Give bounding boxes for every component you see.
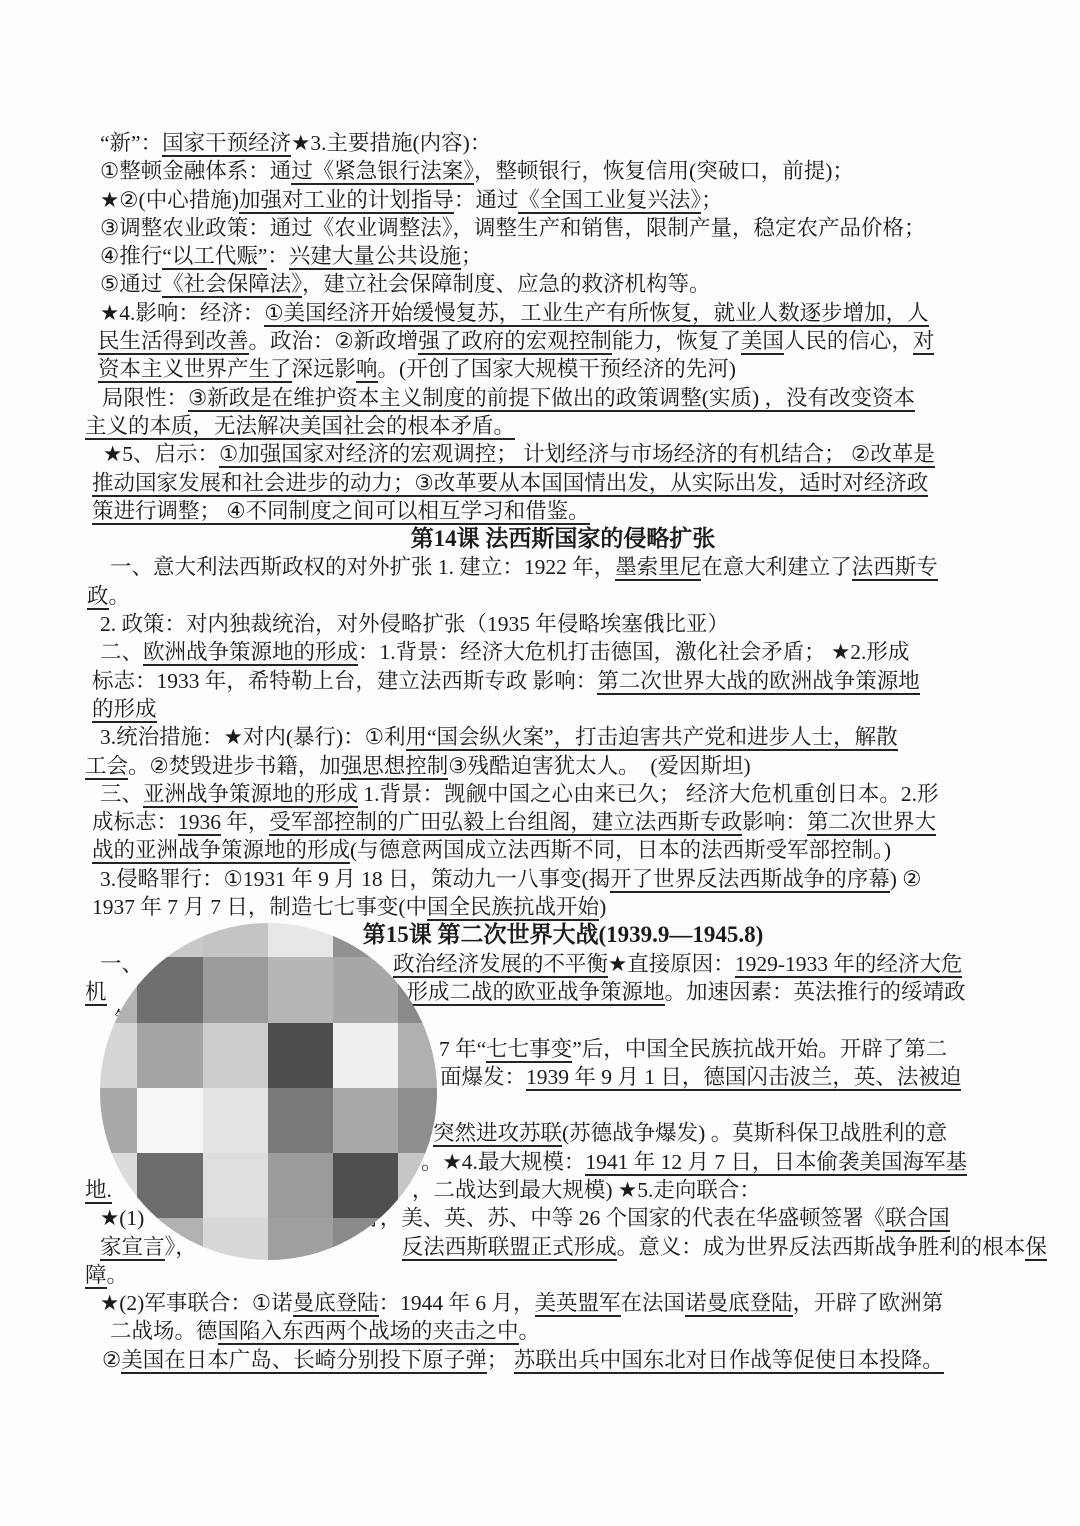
- mosaic-cell: [333, 957, 398, 1022]
- plain-text: 。: [519, 1319, 541, 1343]
- text-line: ④推行“以工代赈”：兴建大量公共设施；: [100, 242, 1042, 270]
- mosaic-cell: [203, 1218, 268, 1260]
- plain-text: 3.侵略罪行：①1931 年 9 月 18 日，策动九一八事变(揭: [100, 867, 610, 891]
- plain-text: ：通过: [454, 188, 519, 212]
- text-line: 二战场。德国陷入东西两个战场的夹击之中。: [110, 1317, 1042, 1345]
- underlined-text: 兴建大量公共设施: [289, 244, 461, 270]
- mosaic-cell: [203, 923, 268, 957]
- mosaic-cell: [137, 1153, 202, 1218]
- underlined-text: 美英盟军: [535, 1291, 621, 1317]
- plain-text: ；: [487, 1348, 514, 1372]
- text-line: 工会。②焚毁进步书籍，加强思想控制③残酷迫害犹太人。 (爱因斯坦): [85, 752, 1042, 780]
- plain-text: ⑤通过: [100, 272, 162, 296]
- underlined-text: 开了世界反法西斯战争的序幕: [610, 867, 890, 893]
- text-line: 民生活得到改善。政治：②新政增强了政府的宏观控制能力，恢复了美国人民的信心，对: [98, 327, 1042, 355]
- mosaic-cell: [333, 1088, 398, 1153]
- underlined-text: 1939 年 9 月 1 日，德国闪击波兰，英、法被迫: [526, 1065, 961, 1091]
- plain-text: 。★4.最大规模：: [421, 1150, 585, 1174]
- plain-text: ★4.影响：经济：: [100, 301, 264, 325]
- plain-text: 二、: [100, 640, 143, 664]
- text-line: ★②(中心措施)加强对工业的计划指导：通过《全国工业复兴法》；: [100, 186, 1042, 214]
- underlined-text: 加强对工业的计划指导: [239, 188, 454, 214]
- text-line: 资本主义世界产生了深远影响。(开创了国家大规模干预经济的先河): [98, 355, 1042, 383]
- text-line: 二、欧洲战争策源地的形成：1.背景：经济大危机打击德国，激化社会矛盾； ★2.形…: [100, 638, 1042, 666]
- mosaic-cell: [398, 923, 437, 957]
- mosaic-cell: [333, 1218, 398, 1260]
- text-line: 1937 年 7 月 7 日，制造七七事变(中国全民族抗战开始): [92, 893, 1042, 921]
- plain-text: 人民的信心，: [784, 329, 913, 353]
- plain-text: ★②(中心措施): [100, 188, 239, 212]
- plain-text: 面爆发：: [440, 1065, 526, 1089]
- plain-text: ；: [461, 244, 483, 268]
- text-line: 标志：1933 年，希特勒上台，建立法西斯专政 影响：第二次世界大战的欧洲战争策…: [92, 667, 1042, 695]
- text-line: ★4.影响：经济：①美国经济开始缓慢复苏，工业生产有所恢复，就业人数逐步增加，人: [100, 299, 1042, 327]
- plain-text: 。政治：②新政增: [249, 329, 419, 353]
- underlined-text: 曼底登陆: [293, 1291, 379, 1317]
- text-line: ①整顿金融体系：通过《紧急银行法案》，整顿银行，恢复信用(突破口，前提)；: [100, 157, 1042, 185]
- plain-text: 。: [109, 584, 131, 608]
- plain-text: 月，美、英、苏、中等 26 个国家的代表在华盛顿签署《: [358, 1206, 885, 1230]
- plain-text: 二战场。德: [110, 1319, 218, 1343]
- underlined-text: 七七事变: [486, 1037, 572, 1063]
- section-heading: 第14课 法西斯国家的侵略扩张: [84, 525, 1042, 553]
- plain-text: ★(2)军事联合：①诺: [100, 1291, 293, 1315]
- plain-text: 2. 政策：对内独裁统治，对外侵略扩张（1935 年侵略埃塞俄比亚）: [100, 612, 729, 636]
- plain-text: 标志：1933 年，希特勒上台，建立法西斯专政 影响：: [92, 669, 597, 693]
- mosaic-cell: [268, 957, 333, 1022]
- underlined-text: 主义的本质，无法解决美国社会的根本矛盾。: [85, 414, 515, 440]
- underlined-text: 民生活得到改善: [98, 329, 249, 355]
- underlined-text: 的形成: [92, 697, 157, 723]
- underlined-text: 亚洲战争策源地的形成: [143, 782, 358, 808]
- plain-text: 三、: [100, 782, 143, 806]
- underlined-text: 国陷入东西两个战场的夹击之中: [218, 1319, 519, 1345]
- plain-text: ①整顿金融体系：通: [100, 159, 291, 183]
- underlined-text: 第二次世界大: [807, 810, 936, 836]
- plain-text: ★5、启示：: [103, 442, 219, 466]
- underlined-text: ③新政是在维护资本主义制度的前提下做出的政策调整(实质) ，没有改变资本: [188, 386, 915, 412]
- mosaic-cell: [203, 1023, 268, 1088]
- text-line: 3.统治措施：★对内(暴行)：①利用“国会纵火案”，打击迫害共产党和进步人士，解…: [100, 723, 1042, 751]
- plain-text: 。: [107, 1263, 129, 1287]
- underlined-text: 响: [356, 357, 378, 383]
- mosaic-cell: [100, 957, 137, 1022]
- mosaic-cell: [100, 1023, 137, 1088]
- text-line: ★(2)军事联合：①诺曼底登陆：1944 年 6 月，美英盟军在法国诺曼底登陆，…: [100, 1289, 1042, 1317]
- underlined-text: 突然进攻苏联: [433, 1121, 562, 1147]
- mosaic-cell: [398, 1023, 437, 1088]
- underlined-text: 资本主义世界产生了: [98, 357, 292, 383]
- underlined-text: 1929-1933 年的经济大危: [735, 952, 963, 978]
- text-line: 推动国家发展和社会进步的动力；③改革要从本国国情出发，从实际出发，适时对经济政: [92, 469, 1042, 497]
- text-line: 政。: [87, 582, 1042, 610]
- underlined-text: 联合国: [885, 1206, 950, 1232]
- mosaic-cell: [333, 1153, 398, 1218]
- plain-text: 年，: [221, 810, 269, 834]
- text-line: ⑤通过《社会保障法》，建立社会保障制度、应急的救济机构等。: [100, 270, 1042, 298]
- underlined-text: 策进行调整； ④不同制度之间可以相互学习和借鉴。: [92, 499, 590, 525]
- text-line: 3.侵略罪行：①1931 年 9 月 18 日，策动九一八事变(揭开了世界反法西…: [100, 865, 1042, 893]
- text-line: ★5、启示：①加强国家对经济的宏观调控； 计划经济与市场经济的有机结合； ②改革…: [103, 440, 1042, 468]
- underlined-text: 第二次世界大战的欧洲战争策源地: [597, 669, 920, 695]
- text-line: 局限性：③新政是在维护资本主义制度的前提下做出的政策调整(实质) ，没有改变资本: [102, 384, 1042, 412]
- plain-text: 。(开创了国家大规模干预经济的先河): [378, 357, 736, 381]
- underlined-text: 诺曼底登陆: [685, 1291, 793, 1317]
- underlined-text: 受军部控制的广田弘毅上台组阁，建立法西斯专政: [269, 810, 742, 836]
- plain-text: ④推行: [100, 244, 162, 268]
- underlined-text: 国家干预经济: [162, 131, 291, 157]
- underlined-text: 1941 年 12 月 7 日，日本偷袭美国海军基: [585, 1150, 967, 1176]
- plain-text: ”后，中国全民族抗战开始。开辟了第二: [572, 1037, 947, 1061]
- underlined-text: 用“国会纵火案”，打击迫害共产党和进步人士，解散: [406, 725, 898, 751]
- text-line: 战的亚洲战争策源地的形成(与德意两国成立法西斯不同，日本的法西斯受军部控制。): [92, 836, 1042, 864]
- mosaic-cell: [100, 1088, 137, 1153]
- underlined-text: 过《紧急银行法案》: [291, 159, 474, 185]
- plain-text: 局限性：: [102, 386, 188, 410]
- underlined-text: 工会: [85, 754, 128, 780]
- mosaic-cell: [137, 1023, 202, 1088]
- text-line: 的形成: [92, 695, 1042, 723]
- mosaic-cell: [333, 923, 398, 957]
- underlined-text: 对: [913, 329, 935, 355]
- mosaic-cell: [268, 1218, 333, 1260]
- plain-text: 影响：: [742, 810, 807, 834]
- underlined-text: 美国在日本广岛、长崎分别投下原子弹: [121, 1348, 487, 1374]
- text-line: 三、亚洲战争策源地的形成 1.背景：觊觎中国之心由来已久； 经济大危机重创日本。…: [100, 780, 1042, 808]
- underlined-text: 法西斯专: [852, 555, 938, 581]
- underlined-text: 政: [87, 584, 109, 610]
- plain-text: ：1.背景：经济大危机打击德国，激化社会矛盾； ★2.形成: [358, 640, 909, 664]
- plain-text: ，整顿银行，恢复信用(突破口，前提)；: [474, 159, 854, 183]
- plain-text: 。②焚毁进步书籍，加: [128, 754, 341, 778]
- underlined-text: 障: [85, 1263, 107, 1289]
- plain-text: ) ②: [890, 867, 922, 891]
- plain-text: 1.背景：觊觎中国之心由来已久； 经济大危机重创日本。2.形: [358, 782, 939, 806]
- plain-text: ③残酷迫害犹太人。 (爱因斯坦): [448, 754, 750, 778]
- text-line: “新”：国家干预经济★3.主要措施(内容)：: [100, 129, 1042, 157]
- plain-text: 在意大利建立了: [701, 555, 852, 579]
- underlined-text: “以工代赈”: [162, 244, 267, 270]
- plain-text: ，建立社会保障制度、应急的救济机构等。: [302, 272, 711, 296]
- plain-text: 7 年“: [439, 1037, 486, 1061]
- underlined-text: 保: [1025, 1235, 1047, 1261]
- text-line: ③调整农业政策：通过《农业调整法》，调整生产和销售，限制产量，稳定农产品价格；: [100, 214, 1042, 242]
- plain-text: “新”：: [100, 131, 162, 155]
- underlined-text: 推动国家发展和社会进步的动力；③改革要从本国国情出发，从实际出发，适时对经济政: [92, 471, 928, 497]
- plain-text: 1937 年 7 月 7 日，制造七七事变(中: [92, 895, 427, 919]
- text-line: 障。: [85, 1261, 1042, 1289]
- plain-text: (与德意两国成立法西斯不同，日本的法西斯受军部控制。): [350, 838, 891, 862]
- underlined-text: 欧洲战争策源地的形成: [143, 640, 358, 666]
- underlined-text: 国全民族抗战开始: [427, 895, 599, 921]
- plain-text: ：: [267, 244, 289, 268]
- plain-text: 一、意大利法西斯政权的对外扩张 1. 建立：1922 年，: [110, 555, 615, 579]
- plain-text: 。意义：成为世界反法西斯战争胜利的根本: [617, 1235, 1026, 1259]
- mosaic-cell: [100, 923, 137, 957]
- mosaic-cell: [268, 1153, 333, 1218]
- underlined-text: 美国: [741, 329, 784, 355]
- mosaic-cell: [203, 1153, 268, 1218]
- underlined-text: ①美国经济开始缓慢复苏，工业生产有所恢复，就业人数逐步增加，人: [264, 301, 928, 327]
- plain-text: 成标志：: [92, 810, 178, 834]
- text-line: 主义的本质，无法解决美国社会的根本矛盾。: [85, 412, 1042, 440]
- pixelated-redaction-circle: [100, 923, 437, 1260]
- plain-text: ③调整农业政策：通过《农业调整法》，调整生产和销售，限制产量，稳定农产品价格；: [100, 216, 926, 240]
- plain-text: (苏德战争爆发) 。莫斯科保卫战胜利的意: [562, 1121, 947, 1145]
- mosaic-cell: [398, 1088, 437, 1153]
- text-line: 策进行调整； ④不同制度之间可以相互学习和借鉴。: [92, 497, 1042, 525]
- mosaic-cell: [398, 1153, 437, 1218]
- plain-text: 。加速因素：英法推行的绥靖政: [665, 980, 966, 1004]
- mosaic-cell: [398, 957, 437, 1022]
- underlined-text: 《社会保障法》: [162, 272, 302, 298]
- underlined-text: 1936: [178, 810, 221, 836]
- mosaic-cell: [137, 923, 202, 957]
- plain-text: ): [599, 895, 606, 919]
- underlined-text: 强思想控制: [341, 754, 449, 780]
- mosaic-grid: [100, 923, 437, 1260]
- mosaic-cell: [268, 1023, 333, 1088]
- plain-text: ★3.主要措施(内容)：: [291, 131, 491, 155]
- mosaic-cell: [203, 1088, 268, 1153]
- mosaic-cell: [398, 1218, 437, 1260]
- plain-text: ；: [701, 188, 723, 212]
- underlined-text: 战的亚洲战争策源地的形成: [92, 838, 350, 864]
- underlined-text: ①加强国家对经济的宏观调控； 计划经济与市场经济的有机结合； ②改革是: [219, 442, 935, 468]
- underlined-text: 《全国工业复兴法》: [518, 188, 701, 214]
- text-line: 一、意大利法西斯政权的对外扩张 1. 建立：1922 年，墨索里尼在意大利建立了…: [110, 553, 1042, 581]
- plain-text: ②: [102, 1348, 121, 1372]
- text-line: 2. 政策：对内独裁统治，对外侵略扩张（1935 年侵略埃塞俄比亚）: [100, 610, 1042, 638]
- mosaic-cell: [203, 957, 268, 1022]
- underlined-text: 苏联出兵中国东北对日作战等促使日本投降。: [514, 1348, 944, 1374]
- mosaic-cell: [137, 1218, 202, 1260]
- plain-text: ，二战达到最大规模) ★5.走向联合：: [412, 1178, 761, 1202]
- plain-text: 在法国: [621, 1291, 686, 1315]
- document-page: “新”：国家干预经济★3.主要措施(内容)：①整顿金融体系：通过《紧急银行法案》…: [0, 0, 1080, 1526]
- mosaic-cell: [100, 1153, 137, 1218]
- mosaic-cell: [268, 923, 333, 957]
- plain-text: ★直接原因：: [608, 952, 735, 976]
- plain-text: ，开辟了欧洲第: [793, 1291, 944, 1315]
- mosaic-cell: [100, 1218, 137, 1260]
- mosaic-cell: [268, 1088, 333, 1153]
- mosaic-cell: [137, 957, 202, 1022]
- mosaic-cell: [333, 1023, 398, 1088]
- underlined-text: 强了政府的宏观控制: [418, 329, 612, 355]
- plain-text: ：1944 年 6 月，: [379, 1291, 535, 1315]
- plain-text: 深远影: [292, 357, 357, 381]
- text-line: ②美国在日本广岛、长崎分别投下原子弹； 苏联出兵中国东北对日作战等促使日本投降。: [102, 1346, 1042, 1374]
- mosaic-cell: [137, 1088, 202, 1153]
- underlined-text: 墨索里尼: [615, 555, 701, 581]
- plain-text: 3.统治措施：★对内(暴行)：①利: [100, 725, 406, 749]
- underlined-text: 形成二战的欧亚战争策源地: [407, 980, 665, 1006]
- text-line: 成标志：1936 年，受军部控制的广田弘毅上台组阁，建立法西斯专政影响：第二次世…: [92, 808, 1042, 836]
- plain-text: 能力，恢复了: [612, 329, 741, 353]
